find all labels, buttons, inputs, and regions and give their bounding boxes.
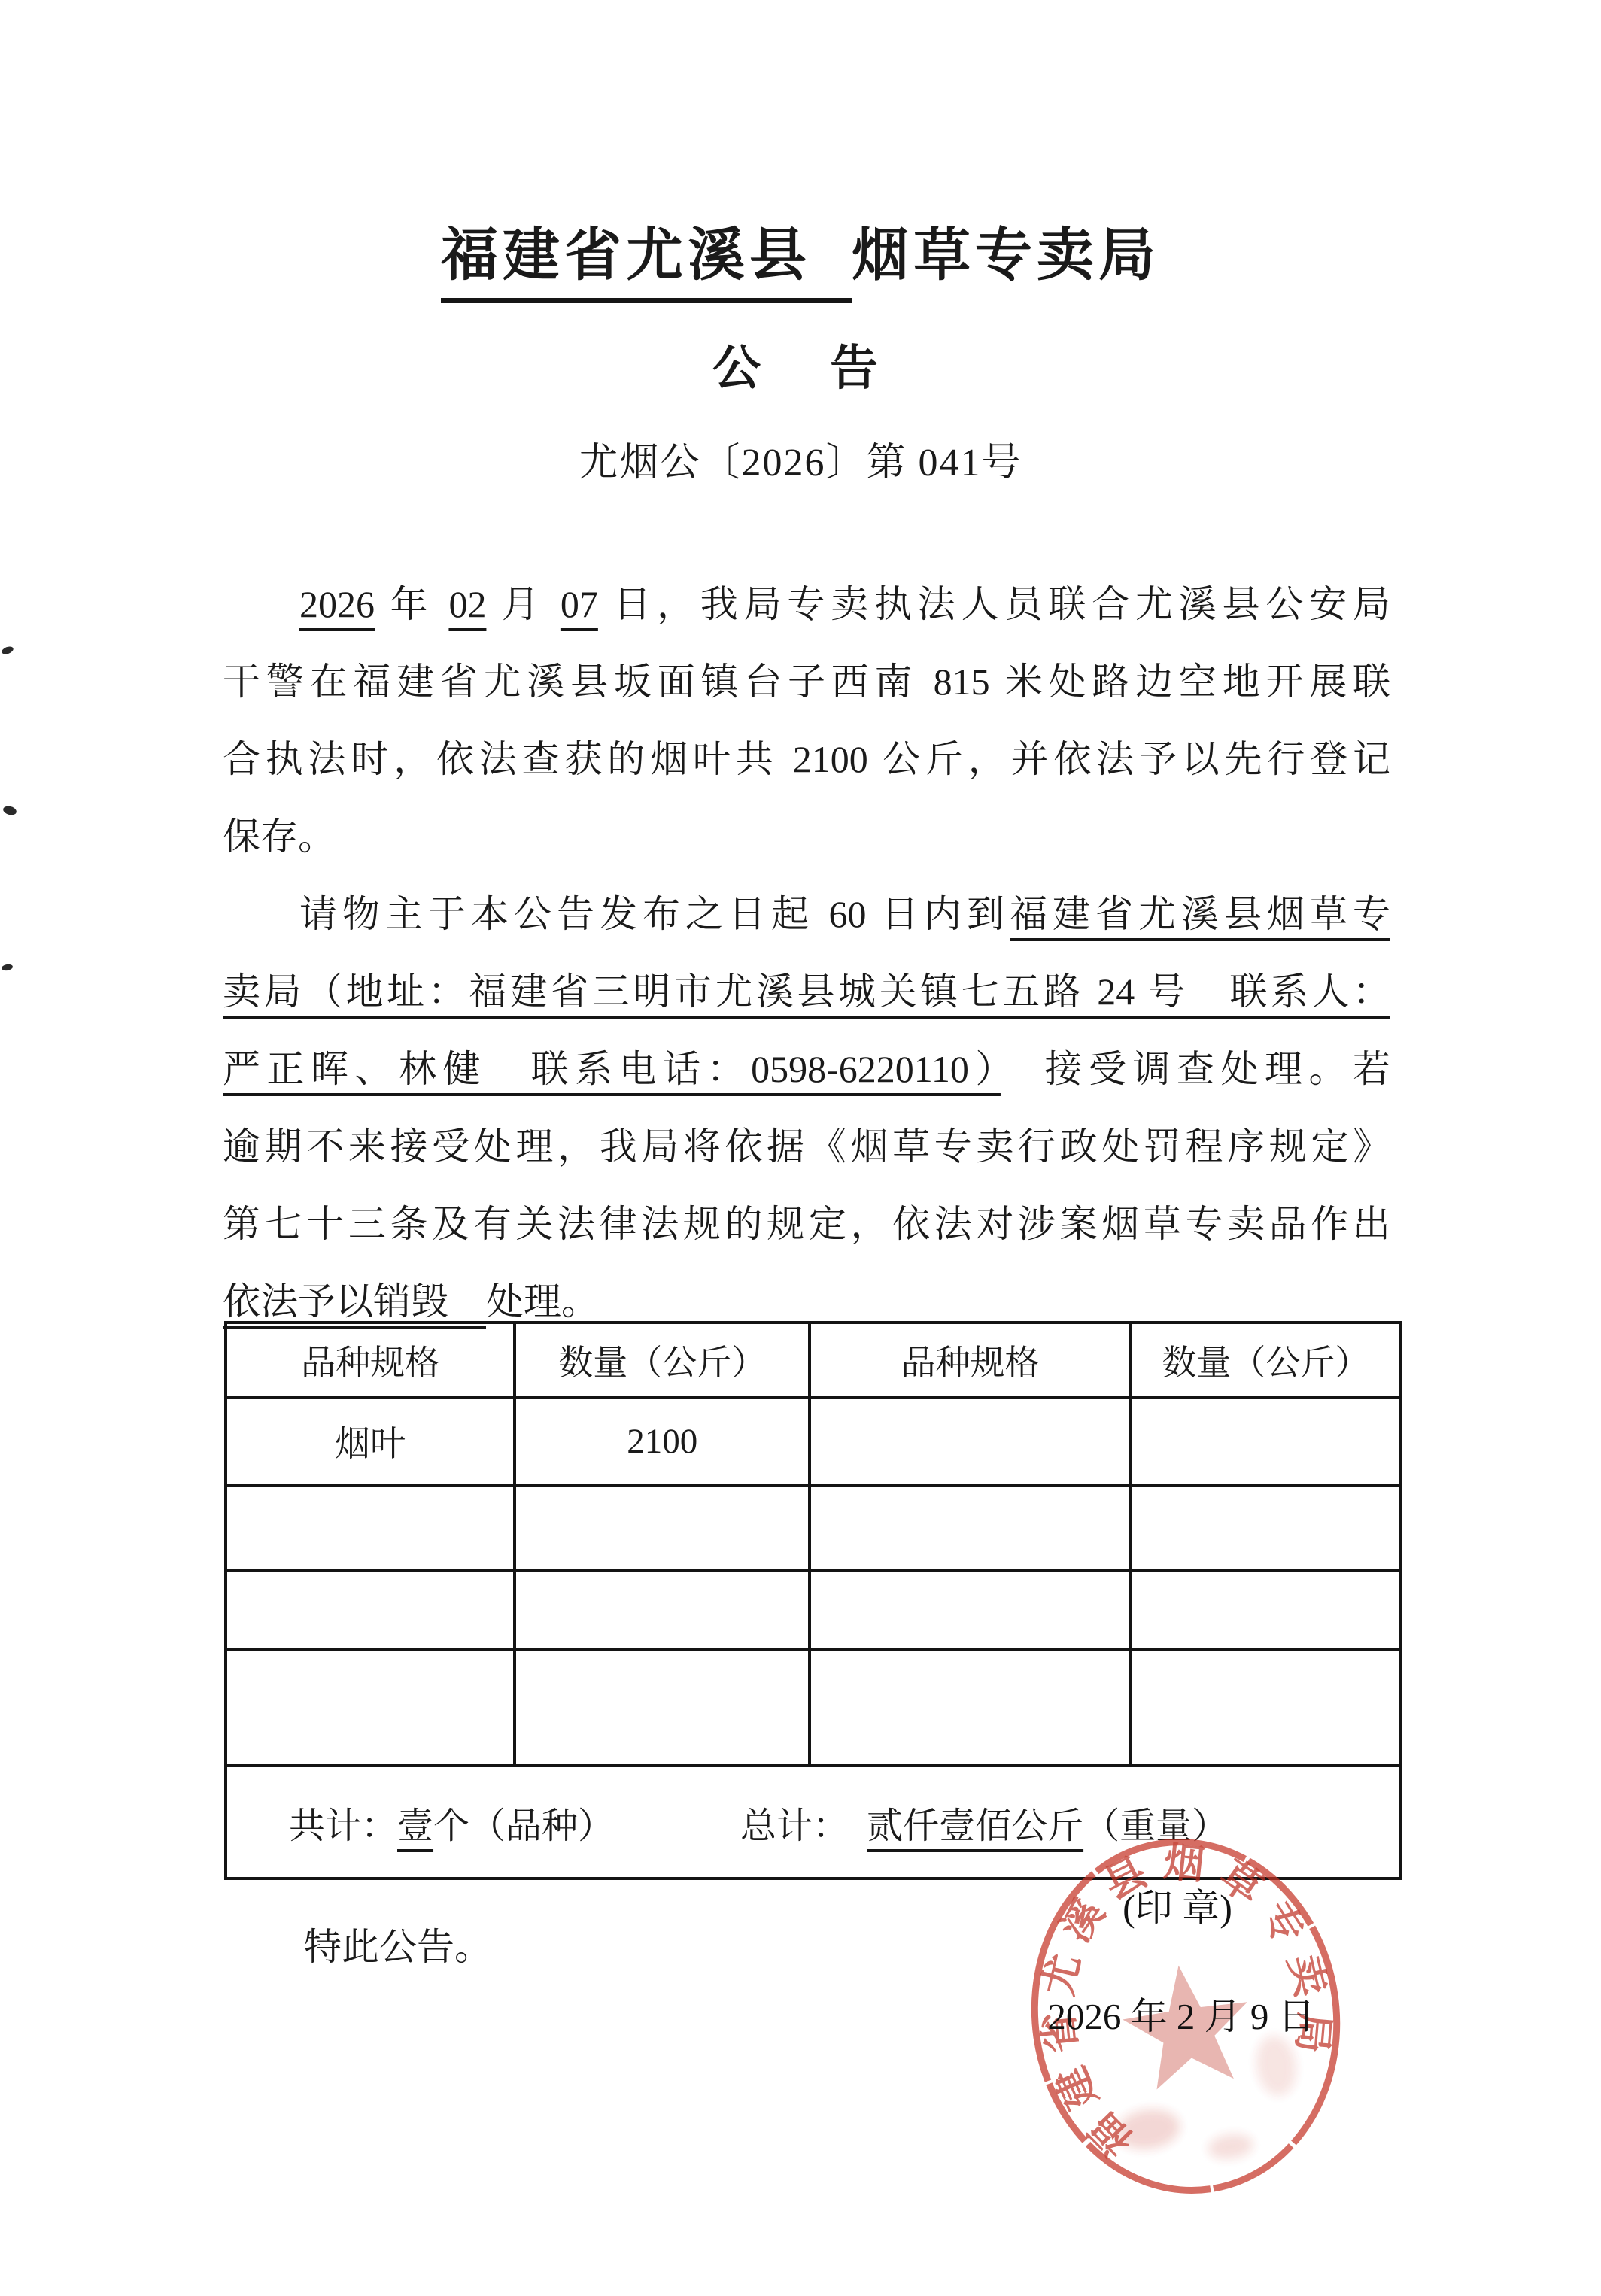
text-segment: 严正晖、林健 联系电话：0598-6220110） <box>223 1048 1001 1090</box>
doc-number: 尤烟公〔2026〕第 041号 <box>0 430 1601 487</box>
body-line: 逾期不来接受处理，我局将依据《烟草专卖行政处罚程序规定》 <box>223 1114 1390 1192</box>
body-line: 合执法时，依法查获的烟叶共 2100 公斤，并依法予以先行登记 <box>223 727 1390 804</box>
body-line: 卖局（地址：福建省三明市尤溪县城关镇七五路 24 号 联系人： <box>223 959 1390 1037</box>
notice-title: 公 告 <box>0 330 1601 399</box>
text-segment: 贰仟壹佰公斤 <box>867 1806 1083 1846</box>
text-segment: 福建省尤溪县烟草专 <box>1010 893 1390 935</box>
seal-label: (印 章) <box>1053 1878 1302 1932</box>
table-cell <box>226 1571 515 1649</box>
body-text: 2026 年 02 月 07 日，我局专卖执法人员联合尤溪县公安局 干警在福建省… <box>223 572 1390 1347</box>
body-line: 第七十三条及有关法律法规的规定，依法对涉案烟草专卖品作出 <box>223 1192 1390 1269</box>
org-title-rest: 烟草专卖局 <box>852 224 1160 287</box>
text-segment: 逾期不来接受处理，我局将依据《烟草专卖行政处罚程序规定》 <box>223 1125 1390 1168</box>
text-segment: 年 <box>375 583 448 625</box>
table-summary-row: 共计：壹个（品种） 总计： 贰仟壹佰公斤（重量） <box>226 1766 1401 1878</box>
table-cell <box>810 1397 1130 1485</box>
text-segment: 壹 <box>397 1806 433 1846</box>
text-segment: 02 <box>448 583 486 625</box>
text-segment: 日，我局专卖执法人员联合尤溪县公安局 <box>598 583 1390 625</box>
body-line: 严正晖、林健 联系电话：0598-6220110） 接受调查处理。若 <box>223 1037 1390 1114</box>
table-cell <box>1131 1397 1401 1485</box>
text-segment: 保存。 <box>223 815 336 858</box>
table-cell <box>1131 1485 1401 1571</box>
table-header-cell: 数量（公斤） <box>1131 1323 1401 1397</box>
table-row <box>226 1571 1401 1649</box>
table-cell <box>1131 1649 1401 1766</box>
table-header-cell: 数量（公斤） <box>515 1323 810 1397</box>
text-segment: 请物主于本公告发布之日起 60 日内到 <box>299 893 1010 935</box>
text-segment: 合执法时，依法查获的烟叶共 2100 公斤，并依法予以先行登记 <box>223 738 1390 780</box>
table-row: 烟叶 2100 <box>226 1397 1401 1485</box>
seal-date: 2026 年 2 月 9 日 <box>1023 1988 1339 2040</box>
body-line: 2026 年 02 月 07 日，我局专卖执法人员联合尤溪县公安局 <box>223 572 1390 649</box>
table-cell <box>515 1649 810 1766</box>
table-cell <box>226 1649 515 1766</box>
text-segment: 月 <box>486 583 560 625</box>
table-header-row: 品种规格 数量（公斤） 品种规格 数量（公斤） <box>226 1323 1401 1397</box>
table-row <box>226 1649 1401 1766</box>
text-segment: （重量） <box>1083 1806 1228 1846</box>
table-cell <box>515 1571 810 1649</box>
table-header-cell: 品种规格 <box>226 1323 515 1397</box>
seized-items-table: 品种规格 数量（公斤） 品种规格 数量（公斤） 烟叶 2100 <box>224 1321 1402 1880</box>
text-segment: 07 <box>561 583 598 625</box>
body-line: 保存。 <box>223 804 1390 882</box>
scan-artifact <box>2 805 17 816</box>
closing-text: 特此公告。 <box>223 1917 492 1971</box>
text-segment: 卖局（地址：福建省三明市尤溪县城关镇七五路 24 号 联系人： <box>223 970 1390 1013</box>
table-cell: 烟叶 <box>226 1397 515 1485</box>
text-segment: 个（品种） <box>433 1806 596 1846</box>
scanned-notice-page: 福建省尤溪县烟草专卖局 公 告 尤烟公〔2026〕第 041号 2026 年 0… <box>0 0 1601 2296</box>
text-segment: 2026 <box>299 583 375 625</box>
body-line: 干警在福建省尤溪县坂面镇台子西南 815 米处路边空地开展联 <box>223 649 1390 727</box>
table-cell <box>226 1485 515 1571</box>
text-segment: 第七十三条及有关法律法规的规定，依法对涉案烟草专卖品作出 <box>223 1203 1390 1245</box>
summary-cell: 共计：壹个（品种） 总计： 贰仟壹佰公斤（重量） <box>226 1766 1401 1878</box>
table-cell <box>810 1649 1130 1766</box>
text-segment: 接受调查处理。若 <box>1001 1048 1390 1090</box>
org-title: 福建省尤溪县烟草专卖局 <box>0 209 1601 291</box>
table-cell <box>1131 1571 1401 1649</box>
scan-artifact <box>1 645 14 656</box>
table-header-cell: 品种规格 <box>810 1323 1130 1397</box>
table-cell <box>515 1485 810 1571</box>
text-segment: 共计： <box>289 1806 397 1846</box>
text-segment: 干警在福建省尤溪县坂面镇台子西南 815 米处路边空地开展联 <box>223 661 1390 703</box>
table-cell <box>810 1571 1130 1649</box>
text-segment: 处理。 <box>486 1280 599 1323</box>
body-line: 请物主于本公告发布之日起 60 日内到福建省尤溪县烟草专 <box>223 882 1390 959</box>
table-cell: 2100 <box>515 1397 810 1485</box>
org-title-underlined: 福建省尤溪县 <box>441 224 852 303</box>
table-cell <box>810 1485 1130 1571</box>
table-row <box>226 1485 1401 1571</box>
scan-artifact <box>1 964 13 971</box>
text-segment: 依法予以销毁 <box>223 1280 486 1323</box>
text-segment: 总计： <box>596 1806 867 1846</box>
